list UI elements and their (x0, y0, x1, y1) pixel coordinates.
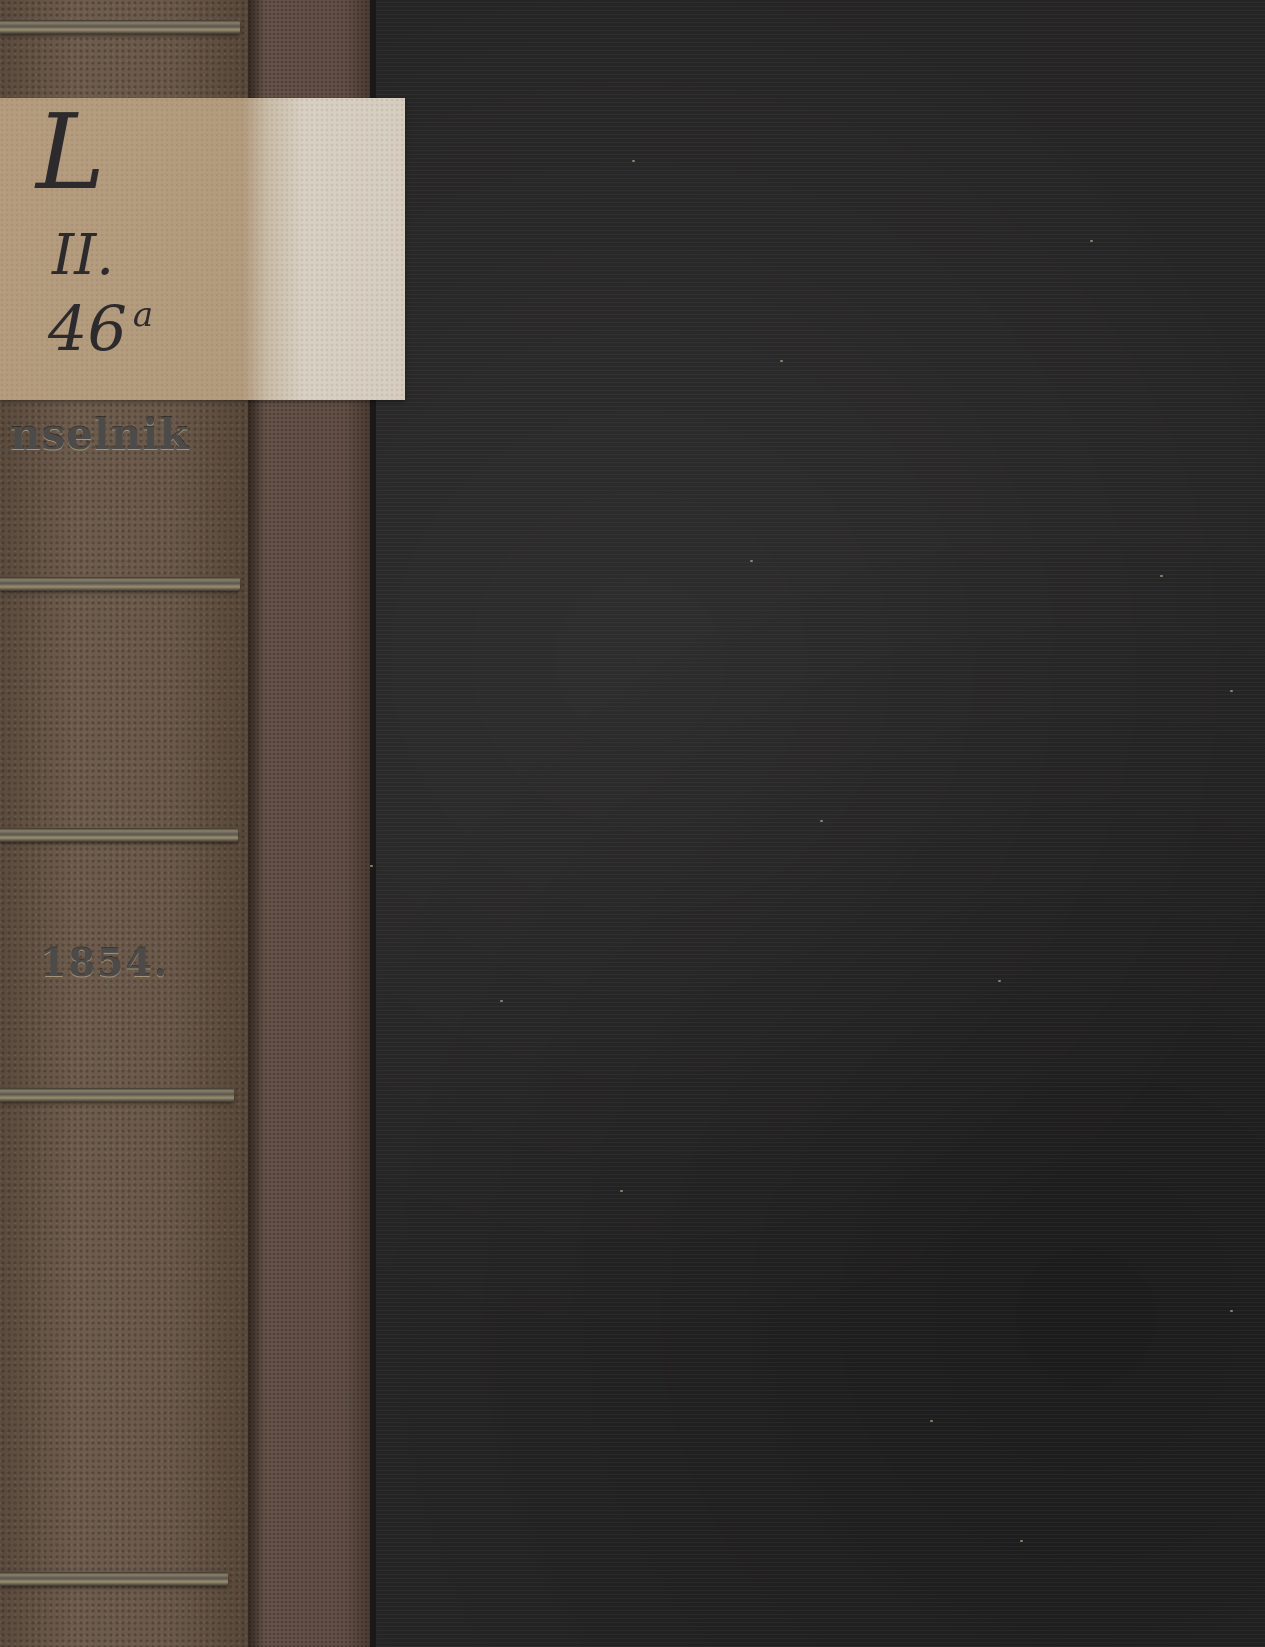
cloth-speck (930, 1420, 933, 1422)
spine-band (0, 20, 240, 34)
cloth-speck (750, 560, 753, 562)
shelfmark-number-suffix: a (133, 295, 153, 335)
spine-band (0, 1088, 234, 1102)
spine-band (0, 577, 240, 591)
spine-year-stamp: 1854. (40, 940, 169, 985)
cloth-speck (1160, 575, 1163, 577)
spine-title-stamp: nselnik (10, 410, 240, 459)
cloth-speck (632, 160, 635, 162)
library-shelfmark-label: L II. 46a (0, 98, 405, 400)
cloth-speck (780, 360, 783, 362)
cloth-speck (998, 980, 1001, 982)
shelfmark-section: II. (52, 228, 114, 284)
shelfmark-number: 46a (48, 298, 153, 360)
cloth-speck (370, 865, 373, 867)
front-cover-board (370, 0, 1265, 1647)
spine-band (0, 828, 238, 842)
shelfmark-number-main: 46 (48, 292, 127, 365)
shelfmark-letter: L (36, 100, 105, 204)
cloth-speck (1090, 240, 1093, 242)
cloth-speck (1230, 1310, 1233, 1312)
cloth-speck (1230, 690, 1233, 692)
cloth-speck (820, 820, 823, 822)
spine-band (0, 1572, 228, 1586)
cloth-speck (620, 1190, 623, 1192)
cloth-speck (1020, 1540, 1023, 1542)
cloth-speck (500, 1000, 503, 1002)
book-scan: nselnik 1854. L II. 46a (0, 0, 1265, 1647)
